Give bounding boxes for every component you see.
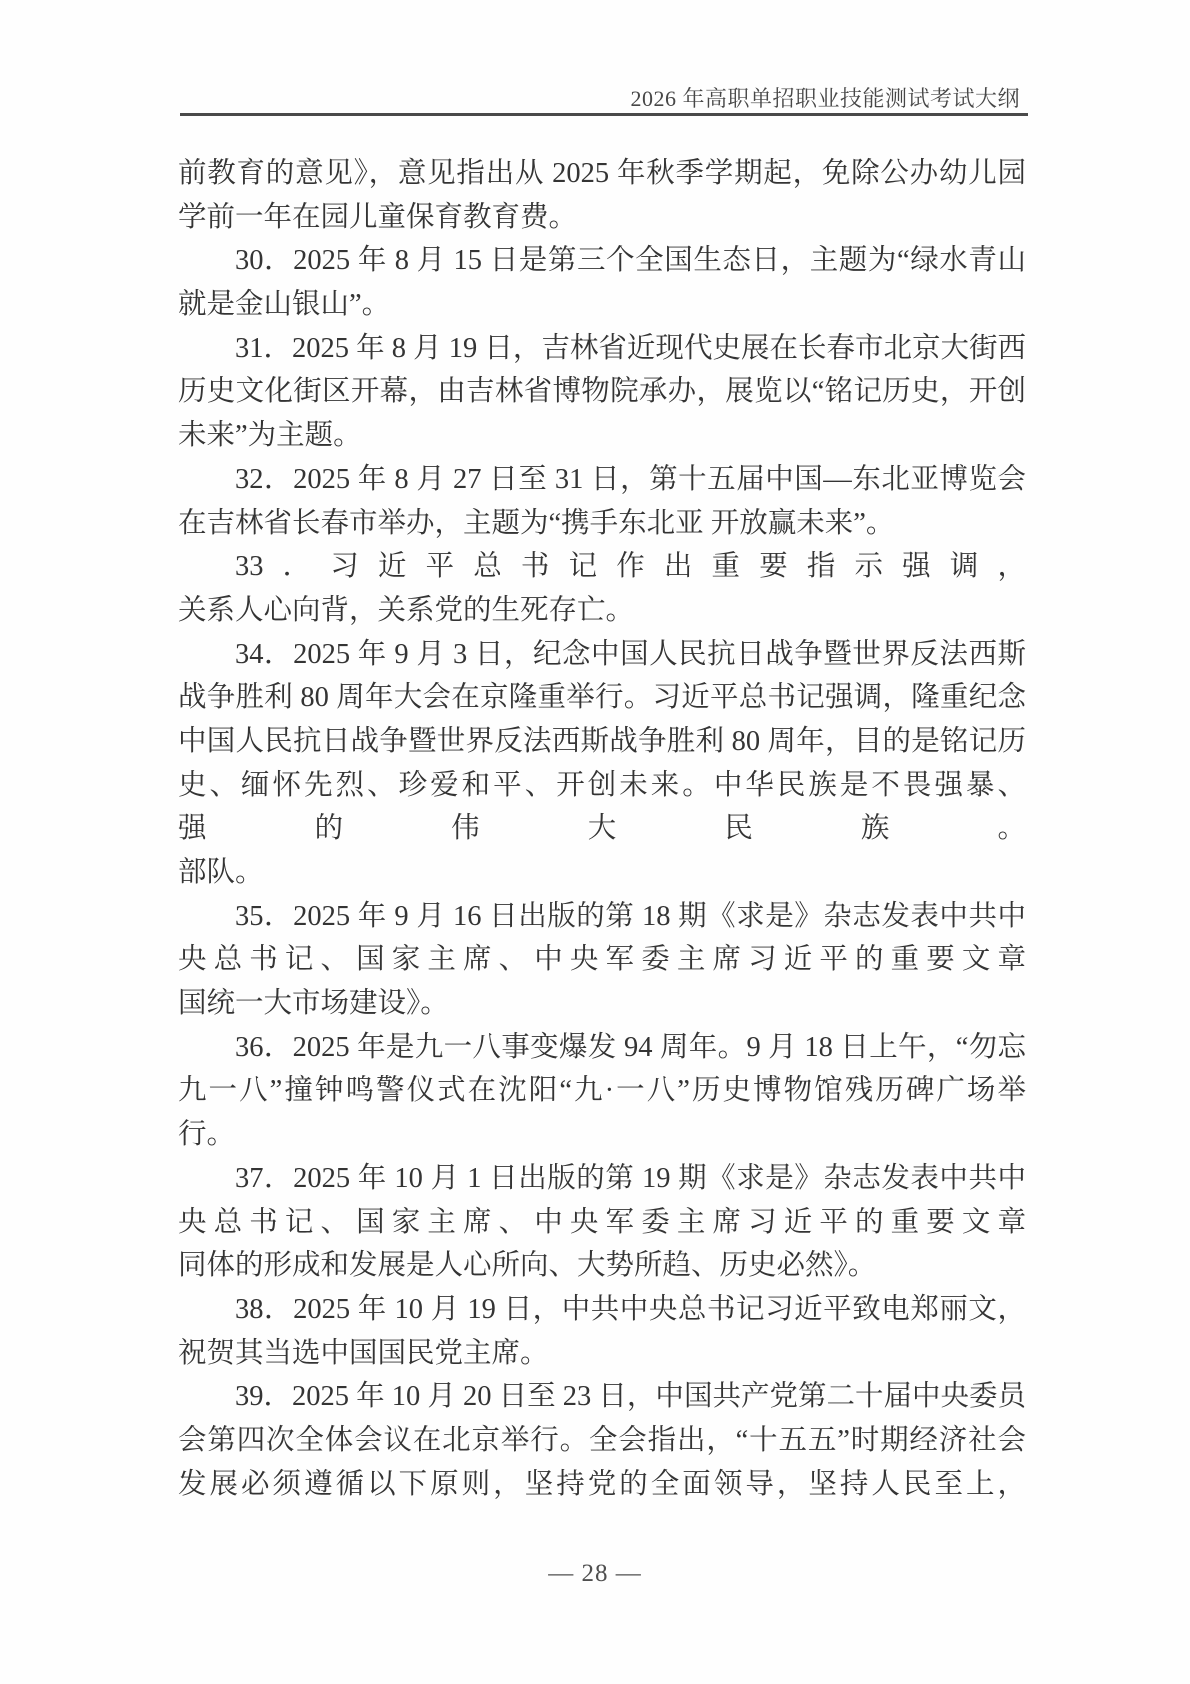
page-number: — 28 — bbox=[548, 1560, 642, 1587]
text-line: 32．2025 年 8 月 27 日至 31 日，第十五届中国—东北亚博览会 bbox=[178, 458, 1026, 502]
text-line: 36．2025 年是九一八事变爆发 94 周年。9 月 18 日上午，“勿忘 bbox=[178, 1026, 1026, 1070]
text-line: 在吉林省长春市举办，主题为“携手东北亚 开放赢未来”。 bbox=[178, 502, 1026, 546]
paragraph-item-35: 35．2025 年 9 月 16 日出版的第 18 期《求是》杂志发表中共中央总… bbox=[178, 895, 1026, 1026]
paragraph-continued-from-previous-page: 前教育的意见》，意见指出从 2025 年秋季学期起，免除公办幼儿园学前一年在园儿… bbox=[178, 152, 1026, 239]
paragraph-item-37: 37．2025 年 10 月 1 日出版的第 19 期《求是》杂志发表中共中央总… bbox=[178, 1157, 1026, 1288]
text-line: 国统一大市场建设》。 bbox=[178, 982, 1026, 1026]
text-line: 九一八”撞钟鸣警仪式在沈阳“九·一八”历史博物馆残历碑广场举 bbox=[178, 1069, 1026, 1113]
text-line: 关系人心向背，关系党的生死存亡。 bbox=[178, 589, 1026, 633]
text-line: 强的伟大民族。中国人民解放军始终是党和人民完全可以信赖的英雄 bbox=[178, 807, 1026, 851]
text-line: 行。 bbox=[178, 1113, 1026, 1157]
document-page: 2026 年高职单招职业技能测试考试大纲 前教育的意见》，意见指出从 2025 … bbox=[0, 0, 1190, 1684]
text-line: 38．2025 年 10 月 19 日，中共中央总书记习近平致电郑丽文， bbox=[178, 1288, 1026, 1332]
text-line: 35．2025 年 9 月 16 日出版的第 18 期《求是》杂志发表中共中 bbox=[178, 895, 1026, 939]
paragraph-item-31: 31．2025 年 8 月 19 日，吉林省近现代史展在长春市北京大街西历史文化… bbox=[178, 327, 1026, 458]
paragraph-item-33: 33．习近平总书记作出重要指示强调，党的作风就是党的形象，关系人心向背，关系党的… bbox=[178, 545, 1026, 632]
text-line: 学前一年在园儿童保育教育费。 bbox=[178, 196, 1026, 240]
text-line: 祝贺其当选中国国民党主席。 bbox=[178, 1332, 1026, 1376]
page-header-title: 2026 年高职单招职业技能测试考试大纲 bbox=[630, 82, 1020, 113]
paragraph-item-32: 32．2025 年 8 月 27 日至 31 日，第十五届中国—东北亚博览会在吉… bbox=[178, 458, 1026, 545]
document-body: 前教育的意见》，意见指出从 2025 年秋季学期起，免除公办幼儿园学前一年在园儿… bbox=[178, 152, 1026, 1506]
paragraph-item-39: 39．2025 年 10 月 20 日至 23 日，中国共产党第二十届中央委员会… bbox=[178, 1375, 1026, 1506]
header-divider-line bbox=[180, 113, 1028, 116]
text-line: 部队。 bbox=[178, 851, 1026, 895]
text-line: 39．2025 年 10 月 20 日至 23 日，中国共产党第二十届中央委员 bbox=[178, 1375, 1026, 1419]
text-line: 史、缅怀先烈、珍爱和平、开创未来。中华民族是不畏强暴、自立自 bbox=[178, 764, 1026, 808]
text-line: 会第四次全体会议在北京举行。全会指出，“十五五”时期经济社会 bbox=[178, 1419, 1026, 1463]
text-line: 发展必须遵循以下原则，坚持党的全面领导，坚持人民至上，坚持高 bbox=[178, 1463, 1026, 1507]
text-line: 同体的形成和发展是人心所向、大势所趋、历史必然》。 bbox=[178, 1244, 1026, 1288]
text-line: 33．习近平总书记作出重要指示强调，党的作风就是党的形象， bbox=[178, 545, 1026, 589]
paragraph-item-36: 36．2025 年是九一八事变爆发 94 周年。9 月 18 日上午，“勿忘九一… bbox=[178, 1026, 1026, 1157]
text-line: 37．2025 年 10 月 1 日出版的第 19 期《求是》杂志发表中共中 bbox=[178, 1157, 1026, 1201]
paragraph-item-38: 38．2025 年 10 月 19 日，中共中央总书记习近平致电郑丽文，祝贺其当… bbox=[178, 1288, 1026, 1375]
page-footer: — 28 — bbox=[0, 1560, 1190, 1588]
text-line: 前教育的意见》，意见指出从 2025 年秋季学期起，免除公办幼儿园 bbox=[178, 152, 1026, 196]
paragraph-item-30: 30．2025 年 8 月 15 日是第三个全国生态日，主题为“绿水青山就是金山… bbox=[178, 239, 1026, 326]
text-line: 30．2025 年 8 月 15 日是第三个全国生态日，主题为“绿水青山 bbox=[178, 239, 1026, 283]
text-line: 未来”为主题。 bbox=[178, 414, 1026, 458]
text-line: 央总书记、国家主席、中央军委主席习近平的重要文章《纵深推进全 bbox=[178, 938, 1026, 982]
text-line: 34．2025 年 9 月 3 日，纪念中国人民抗日战争暨世界反法西斯 bbox=[178, 633, 1026, 677]
paragraph-item-34: 34．2025 年 9 月 3 日，纪念中国人民抗日战争暨世界反法西斯战争胜利 … bbox=[178, 633, 1026, 895]
text-line: 历史文化街区开幕，由吉林省博物院承办，展览以“铭记历史，开创 bbox=[178, 370, 1026, 414]
text-line: 中国人民抗日战争暨世界反法西斯战争胜利 80 周年，目的是铭记历 bbox=[178, 720, 1026, 764]
text-line: 31．2025 年 8 月 19 日，吉林省近现代史展在长春市北京大街西 bbox=[178, 327, 1026, 371]
text-line: 央总书记、国家主席、中央军委主席习近平的重要文章《中华民族共 bbox=[178, 1201, 1026, 1245]
text-line: 战争胜利 80 周年大会在京隆重举行。习近平总书记强调，隆重纪念 bbox=[178, 676, 1026, 720]
text-line: 就是金山银山”。 bbox=[178, 283, 1026, 327]
